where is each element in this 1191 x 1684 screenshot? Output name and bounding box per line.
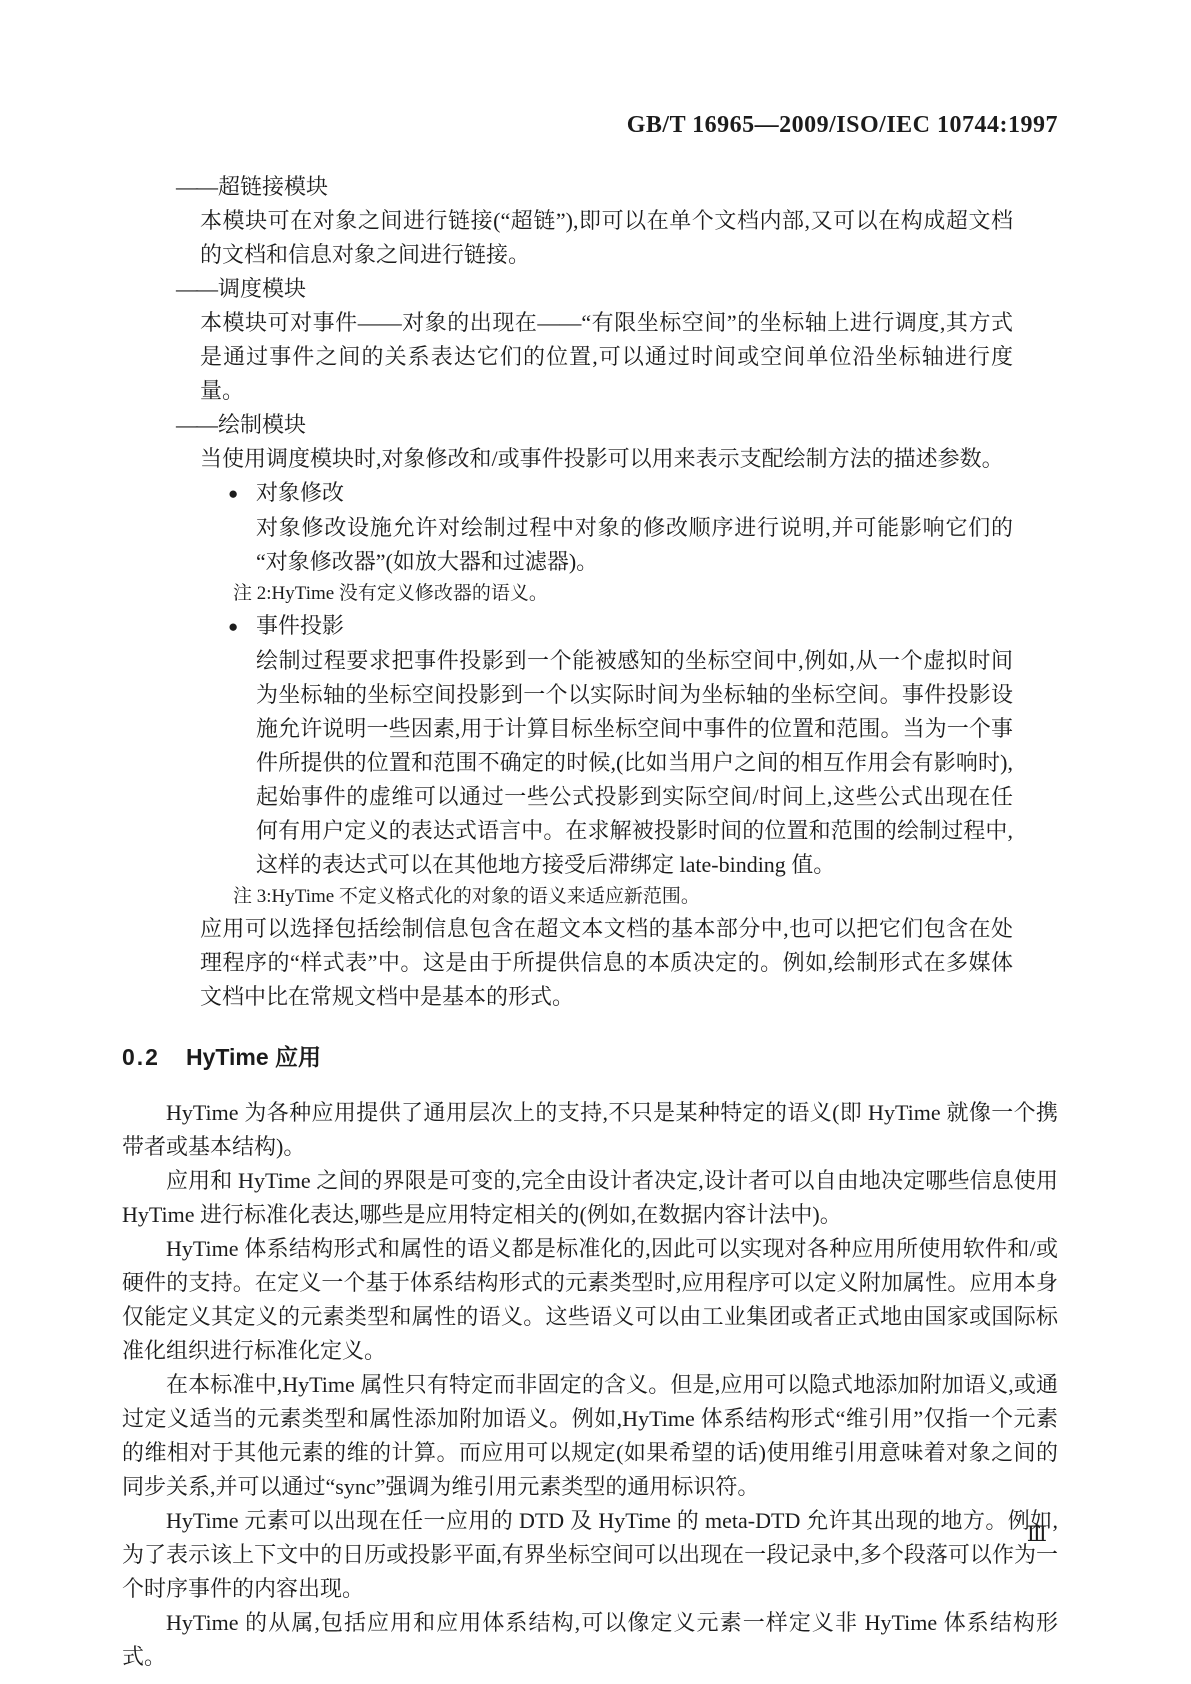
section-paragraph-5: HyTime 元素可以出现在任一应用的 DTD 及 HyTime 的 meta-… (122, 1504, 1058, 1606)
object-modification-paragraph: 对象修改设施允许对绘制过程中对象的修改顺序进行说明,并可能影响它们的“对象修改器… (122, 511, 1058, 579)
list-item-hyperlink-module: ——超链接模块 (122, 170, 1058, 204)
section-number: 0.2 (122, 1044, 160, 1070)
section-title: HyTime 应用 (186, 1044, 321, 1070)
section-paragraph-4: 在本标准中,HyTime 属性只有特定而非固定的含义。但是,应用可以隐式地添加附… (122, 1368, 1058, 1504)
hyperlink-module-paragraph: 本模块可在对象之间进行链接(“超链”),即可以在单个文档内部,又可以在构成超文档… (122, 204, 1058, 272)
section-paragraph-6: HyTime 的从属,包括应用和应用体系结构,可以像定义元素一样定义非 HyTi… (122, 1606, 1058, 1674)
em-dash-marker: —— (176, 412, 216, 437)
bullet-item-event-projection: ●事件投影 (122, 609, 1058, 644)
event-projection-paragraph: 绘制过程要求把事件投影到一个能被感知的坐标空间中,例如,从一个虚拟时间为坐标轴的… (122, 644, 1058, 882)
list-item-scheduling-module: ——调度模块 (122, 272, 1058, 306)
section-paragraph-3: HyTime 体系结构形式和属性的语义都是标准化的,因此可以实现对各种应用所使用… (122, 1232, 1058, 1368)
list-item-rendition-module: ——绘制模块 (122, 408, 1058, 442)
bullet-marker: ● (228, 477, 256, 511)
bullet-item-object-modification: ●对象修改 (122, 476, 1058, 511)
bullet-marker: ● (228, 610, 256, 644)
rendition-closing-paragraph: 应用可以选择包括绘制信息包含在超文本文档的基本部分中,也可以把它们包含在处理程序… (122, 912, 1058, 1014)
page-header: GB/T 16965—2009/ISO/IEC 10744:1997 (122, 112, 1058, 139)
document-page: GB/T 16965—2009/ISO/IEC 10744:1997 ——超链接… (0, 0, 1191, 1684)
list-item-title: 超链接模块 (218, 174, 328, 199)
page-number: Ⅲ (1027, 1522, 1047, 1546)
bullet-item-title: 对象修改 (256, 480, 344, 505)
note-3: 注 3:HyTime 不定义格式化的对象的语义来适应新范围。 (122, 882, 1058, 912)
section-paragraph-1: HyTime 为各种应用提供了通用层次上的支持,不只是某种特定的语义(即 HyT… (122, 1096, 1058, 1164)
page-content: ——超链接模块 本模块可在对象之间进行链接(“超链”),即可以在单个文档内部,又… (122, 170, 1058, 1674)
section-heading-0-2: 0.2HyTime 应用 (122, 1040, 1058, 1074)
list-item-title: 绘制模块 (218, 412, 306, 437)
list-item-title: 调度模块 (218, 276, 306, 301)
rendition-module-paragraph: 当使用调度模块时,对象修改和/或事件投影可以用来表示支配绘制方法的描述参数。 (122, 442, 1058, 476)
standard-code: GB/T 16965—2009/ISO/IEC 10744:1997 (627, 112, 1058, 138)
section-paragraph-2: 应用和 HyTime 之间的界限是可变的,完全由设计者决定,设计者可以自由地决定… (122, 1164, 1058, 1232)
note-2: 注 2:HyTime 没有定义修改器的语义。 (122, 579, 1058, 609)
bullet-item-title: 事件投影 (256, 613, 344, 638)
page-footer: Ⅲ (122, 1522, 1047, 1547)
scheduling-module-paragraph: 本模块可对事件——对象的出现在——“有限坐标空间”的坐标轴上进行调度,其方式是通… (122, 306, 1058, 408)
em-dash-marker: —— (176, 276, 216, 301)
em-dash-marker: —— (176, 174, 216, 199)
